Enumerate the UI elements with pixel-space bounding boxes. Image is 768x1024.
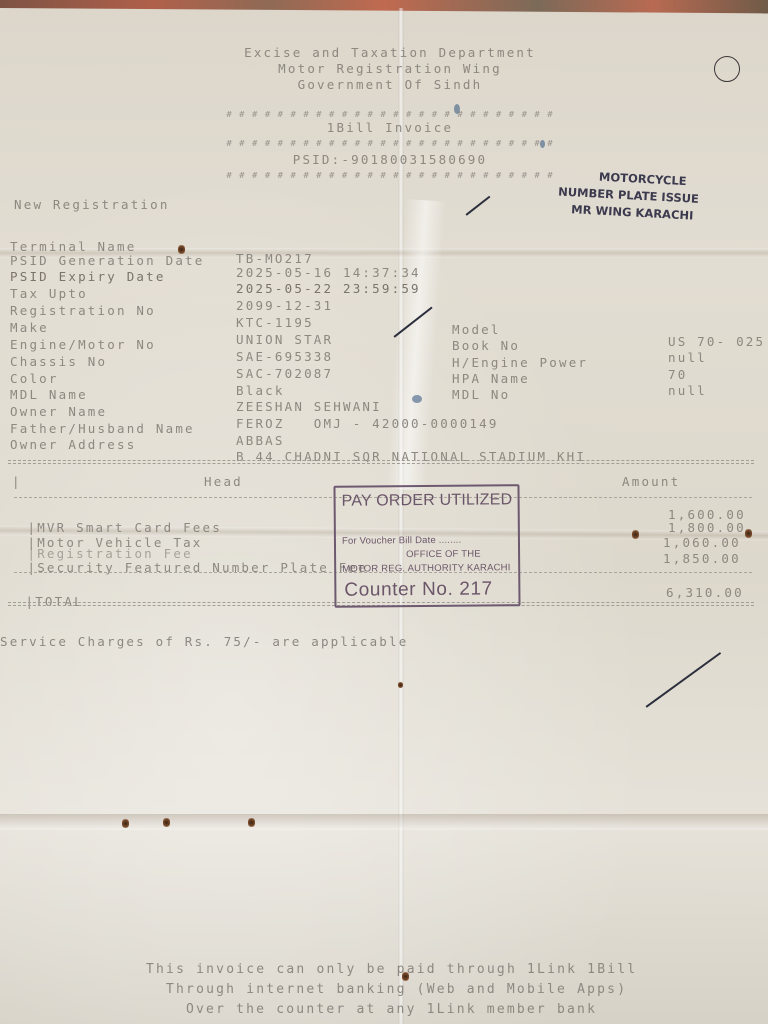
field-value: null	[668, 352, 707, 365]
field-value: US 70- 025	[668, 336, 765, 349]
stamp-line: OFFICE OF THE	[406, 549, 481, 561]
field-value: 70	[668, 369, 687, 382]
counter-number: Counter No. 217	[344, 578, 493, 601]
stamp-line: For Voucher Bill Date ........	[342, 535, 462, 547]
field-psid-generation-date: PSID Generation Date 2025-05-16 14:37:34	[10, 242, 29, 259]
field-engine-no: Engine/Motor No SAE-695338	[10, 326, 29, 343]
field-value: UNION STAR	[236, 334, 333, 347]
field-chassis-no: Chassis No SAC-702087	[10, 343, 29, 360]
footer-line: Over the counter at any 1Link member ban…	[186, 1003, 597, 1016]
field-mdl-no: MDL No	[452, 376, 471, 393]
field-label: Owner Address	[10, 439, 136, 452]
document-type: 1Bill Invoice	[200, 122, 580, 135]
rust-stain	[248, 818, 255, 827]
field-make: Make UNION STAR	[10, 309, 29, 326]
field-value: Black	[236, 385, 285, 398]
stamp-line: MOTOR REG. AUTHORITY KARACHI	[342, 562, 510, 574]
star-rule: # # # # # # # # # # # # # # # # # # # # …	[200, 140, 580, 149]
ink-smudge	[540, 140, 545, 148]
fee-amount: 1,800.00	[668, 522, 746, 535]
rust-stain	[632, 530, 639, 539]
table-border: |	[12, 476, 22, 489]
fee-amount: 1,850.00	[663, 553, 741, 566]
field-label: PSID Generation Date	[10, 255, 205, 268]
rust-stain	[745, 529, 752, 538]
field-value: SAE-695338	[236, 351, 333, 364]
field-tax-upto: Tax Upto 2099-12-31	[10, 275, 29, 292]
field-label: PSID Expiry Date	[10, 271, 166, 284]
service-charges-note: Service Charges of Rs. 75/- are applicab…	[0, 636, 408, 649]
total-amount: 6,310.00	[666, 587, 744, 600]
field-value: ZEESHAN SEHWANI	[236, 401, 382, 414]
field-model: Model US 70- 025	[452, 311, 471, 328]
fee-amount: 1,060.00	[663, 537, 741, 550]
field-father-husband-name: Father/Husband Name ABBAS	[10, 410, 29, 427]
field-psid-expiry-date: PSID Expiry Date 2025-05-22 23:59:59	[10, 258, 29, 275]
ink-smudge	[454, 104, 460, 114]
rust-stain	[163, 818, 170, 827]
field-value: 2025-05-16 14:37:34	[236, 267, 421, 280]
psid-number: PSID:-90180031580690	[200, 154, 580, 167]
government-title: Government Of Sindh	[200, 79, 580, 92]
field-owner-name: Owner Name FEROZ OMJ - 42000-0000149	[10, 393, 29, 410]
rust-stain	[122, 819, 129, 828]
field-value: 2099-12-31	[236, 300, 333, 313]
star-rule: # # # # # # # # # # # # # # # # # # # # …	[200, 111, 580, 120]
field-value: 2025-05-22 23:59:59	[236, 283, 421, 296]
field-label: Registration No	[10, 305, 156, 318]
field-value: TB-MO217	[236, 253, 314, 266]
field-label: MDL No	[452, 389, 510, 402]
handwritten-page-number	[714, 56, 740, 82]
rust-stain	[178, 245, 185, 254]
field-value: FEROZ OMJ - 42000-0000149	[236, 418, 499, 431]
field-registration-no: Registration No KTC-1195	[10, 292, 29, 309]
field-label: H/Engine Power	[452, 357, 588, 370]
column-header-amount: Amount	[622, 476, 680, 489]
star-rule: # # # # # # # # # # # # # # # # # # # # …	[200, 172, 580, 181]
rust-stain	[398, 682, 403, 688]
table-top-rule	[8, 460, 754, 464]
table-row: |Security Featured Number Plate Fee	[8, 549, 368, 574]
field-owner-address: Owner Address B 44 CHADNI SQR NATIONAL S…	[10, 426, 29, 443]
field-hpa-name: HPA Name null	[452, 360, 471, 377]
rust-stain	[402, 972, 409, 981]
field-mdl-name: MDL Name ZEESHAN SEHWANI	[10, 376, 29, 393]
field-value: SAC-702087	[236, 368, 333, 381]
section-title: New Registration	[14, 199, 170, 212]
field-value: null	[668, 385, 707, 398]
total-label: TOTAL	[35, 594, 84, 609]
field-color: Color Black	[10, 360, 29, 377]
motorcycle-plate-stamp: MOTORCYCLE NUMBER PLATE ISSUE MR WING KA…	[557, 167, 768, 229]
column-header-head: Head	[204, 476, 243, 489]
field-value: KTC-1195	[236, 317, 314, 330]
field-label: Father/Husband Name	[10, 423, 195, 436]
wing-title: Motor Registration Wing	[200, 63, 580, 76]
table-border: |	[25, 594, 35, 609]
stamp-title: PAY ORDER UTILIZED	[342, 491, 513, 510]
footer-line: Through internet banking (Web and Mobile…	[166, 983, 627, 996]
ink-smudge	[412, 395, 422, 403]
field-label: Engine/Motor No	[10, 339, 156, 352]
pay-order-utilized-stamp: PAY ORDER UTILIZED For Voucher Bill Date…	[333, 484, 520, 608]
field-book-no: Book No null	[452, 327, 471, 344]
field-engine-power: H/Engine Power 70	[452, 344, 471, 361]
field-value: ABBAS	[236, 435, 285, 448]
horizontal-fold-crease	[0, 814, 768, 830]
footer-line: This invoice can only be paid through 1L…	[146, 963, 637, 976]
department-title: Excise and Taxation Department	[200, 47, 580, 60]
